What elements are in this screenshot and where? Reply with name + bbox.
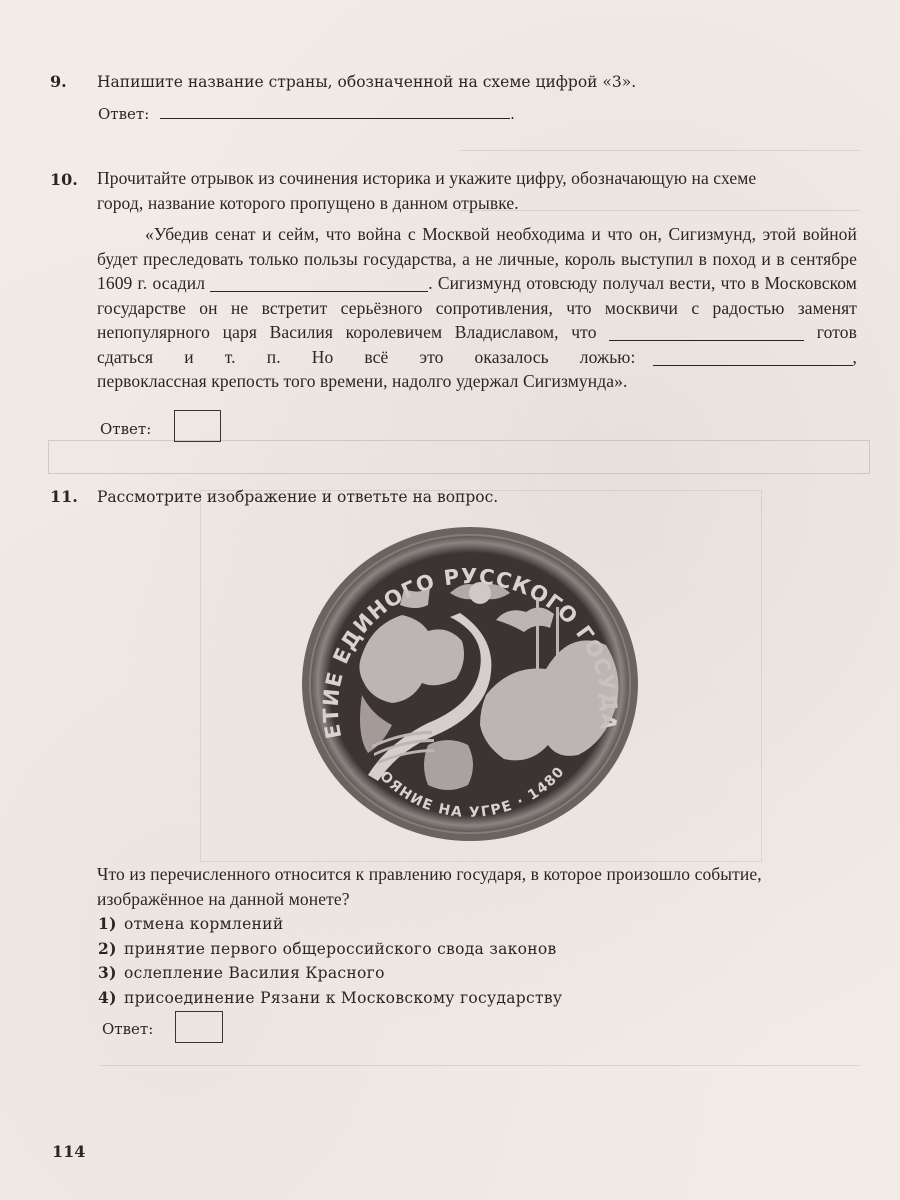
option-3: 3)ослепление Василия Красного xyxy=(98,961,562,986)
question-prompt: Что из перечисленного относится к правле… xyxy=(97,862,887,911)
passage-blank-3 xyxy=(653,347,853,366)
option-text: присоединение Рязани к Московскому госуд… xyxy=(124,989,562,1007)
coin-illustration: 500-ЛЕТИЕ ЕДИНОГО РУССКОГО ГОСУДАРСТВА С… xyxy=(300,525,640,843)
question-text-line: Прочитайте отрывок из сочинения историка… xyxy=(97,166,857,191)
answer-box[interactable] xyxy=(174,410,221,442)
option-number: 1) xyxy=(98,912,124,936)
page-number: 114 xyxy=(52,1142,85,1161)
option-number: 3) xyxy=(98,961,124,985)
answer-label-text: Ответ: xyxy=(98,105,149,123)
question-number: 9. xyxy=(50,72,67,91)
bleed-through-line xyxy=(100,1065,860,1066)
question-text: Рассмотрите изображение и ответьте на во… xyxy=(97,485,498,509)
coin-image: 500-ЛЕТИЕ ЕДИНОГО РУССКОГО ГОСУДАРСТВА С… xyxy=(300,525,640,843)
option-number: 4) xyxy=(98,986,124,1010)
question-prompt-line: Что из перечисленного относится к правле… xyxy=(97,862,887,887)
option-text: принятие первого общероссийского свода з… xyxy=(124,940,557,958)
historian-passage: «Убедив сенат и сейм, что война с Москво… xyxy=(97,222,857,394)
answer-box[interactable] xyxy=(175,1011,223,1043)
passage-blank-2 xyxy=(609,323,804,342)
question-number: 10. xyxy=(50,170,78,189)
answer-label: Ответ: . xyxy=(98,105,515,123)
option-text: отмена кормлений xyxy=(124,915,283,933)
bleed-through-line xyxy=(460,150,860,151)
question-text: Напишите название страны, обозначенной н… xyxy=(97,70,636,94)
question-text: Прочитайте отрывок из сочинения историка… xyxy=(97,166,857,215)
bleed-through-frame xyxy=(48,440,870,474)
answer-label: Ответ: xyxy=(102,1020,153,1038)
option-2: 2)принятие первого общероссийского свода… xyxy=(98,937,562,962)
passage-blank-1 xyxy=(210,274,428,293)
answer-input-line[interactable] xyxy=(160,118,510,119)
option-text: ослепление Василия Красного xyxy=(124,964,385,982)
option-1: 1)отмена кормлений xyxy=(98,912,562,937)
option-number: 2) xyxy=(98,937,124,961)
answer-options: 1)отмена кормлений 2)принятие первого об… xyxy=(98,912,562,1010)
option-4: 4)присоединение Рязани к Московскому гос… xyxy=(98,986,562,1011)
question-prompt-line: изображённое на данной монете? xyxy=(97,887,887,912)
answer-label: Ответ: xyxy=(100,420,151,438)
question-text-line: город, название которого пропущено в дан… xyxy=(97,191,857,216)
question-number: 11. xyxy=(50,487,78,506)
